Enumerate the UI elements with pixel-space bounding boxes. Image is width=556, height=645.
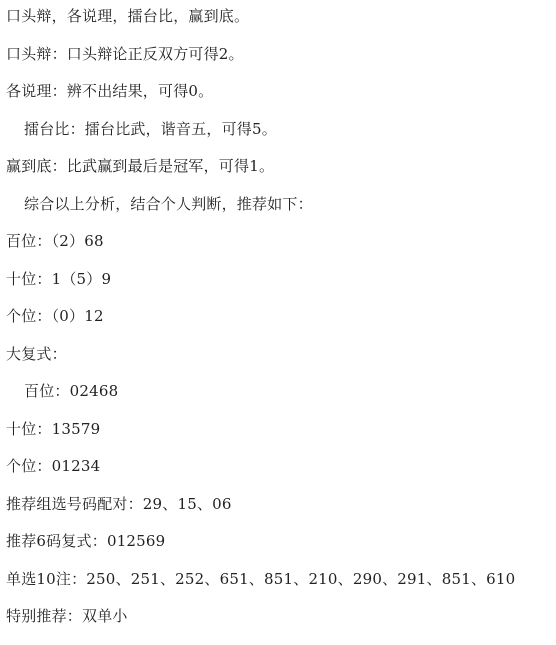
units-pick: 个位：（0）12 [6, 304, 556, 342]
tens-pick: 十位：1（5）9 [6, 267, 556, 305]
intro-riddle: 口头辩，各说理，擂台比，赢到底。 [6, 4, 556, 42]
clue-line-4: 赢到底：比武赢到最后是冠军，可得1。 [6, 154, 556, 192]
big-combo-hundreds: 百位：02468 [6, 379, 556, 417]
six-code-combo: 推荐6码复式：012569 [6, 529, 556, 567]
group-pairs: 推荐组选号码配对：29、15、06 [6, 492, 556, 530]
big-combo-units: 个位：01234 [6, 454, 556, 492]
special-recommendation: 特别推荐：双单小 [6, 604, 556, 642]
clue-line-2: 各说理：辨不出结果，可得0。 [6, 79, 556, 117]
summary-line: 综合以上分析，结合个人判断，推荐如下： [6, 192, 556, 230]
single-ten-bets: 单选10注：250、251、252、651、851、210、290、291、85… [6, 567, 556, 605]
hundreds-pick: 百位：（2）68 [6, 229, 556, 267]
article-body: 口头辩，各说理，擂台比，赢到底。 口头辩：口头辩论正反双方可得2。 各说理：辨不… [6, 4, 556, 642]
clue-line-3: 擂台比：擂台比武，谐音五，可得5。 [6, 117, 556, 155]
big-combo-tens: 十位：13579 [6, 417, 556, 455]
big-combo-heading: 大复式： [6, 342, 556, 380]
clue-line-1: 口头辩：口头辩论正反双方可得2。 [6, 42, 556, 80]
